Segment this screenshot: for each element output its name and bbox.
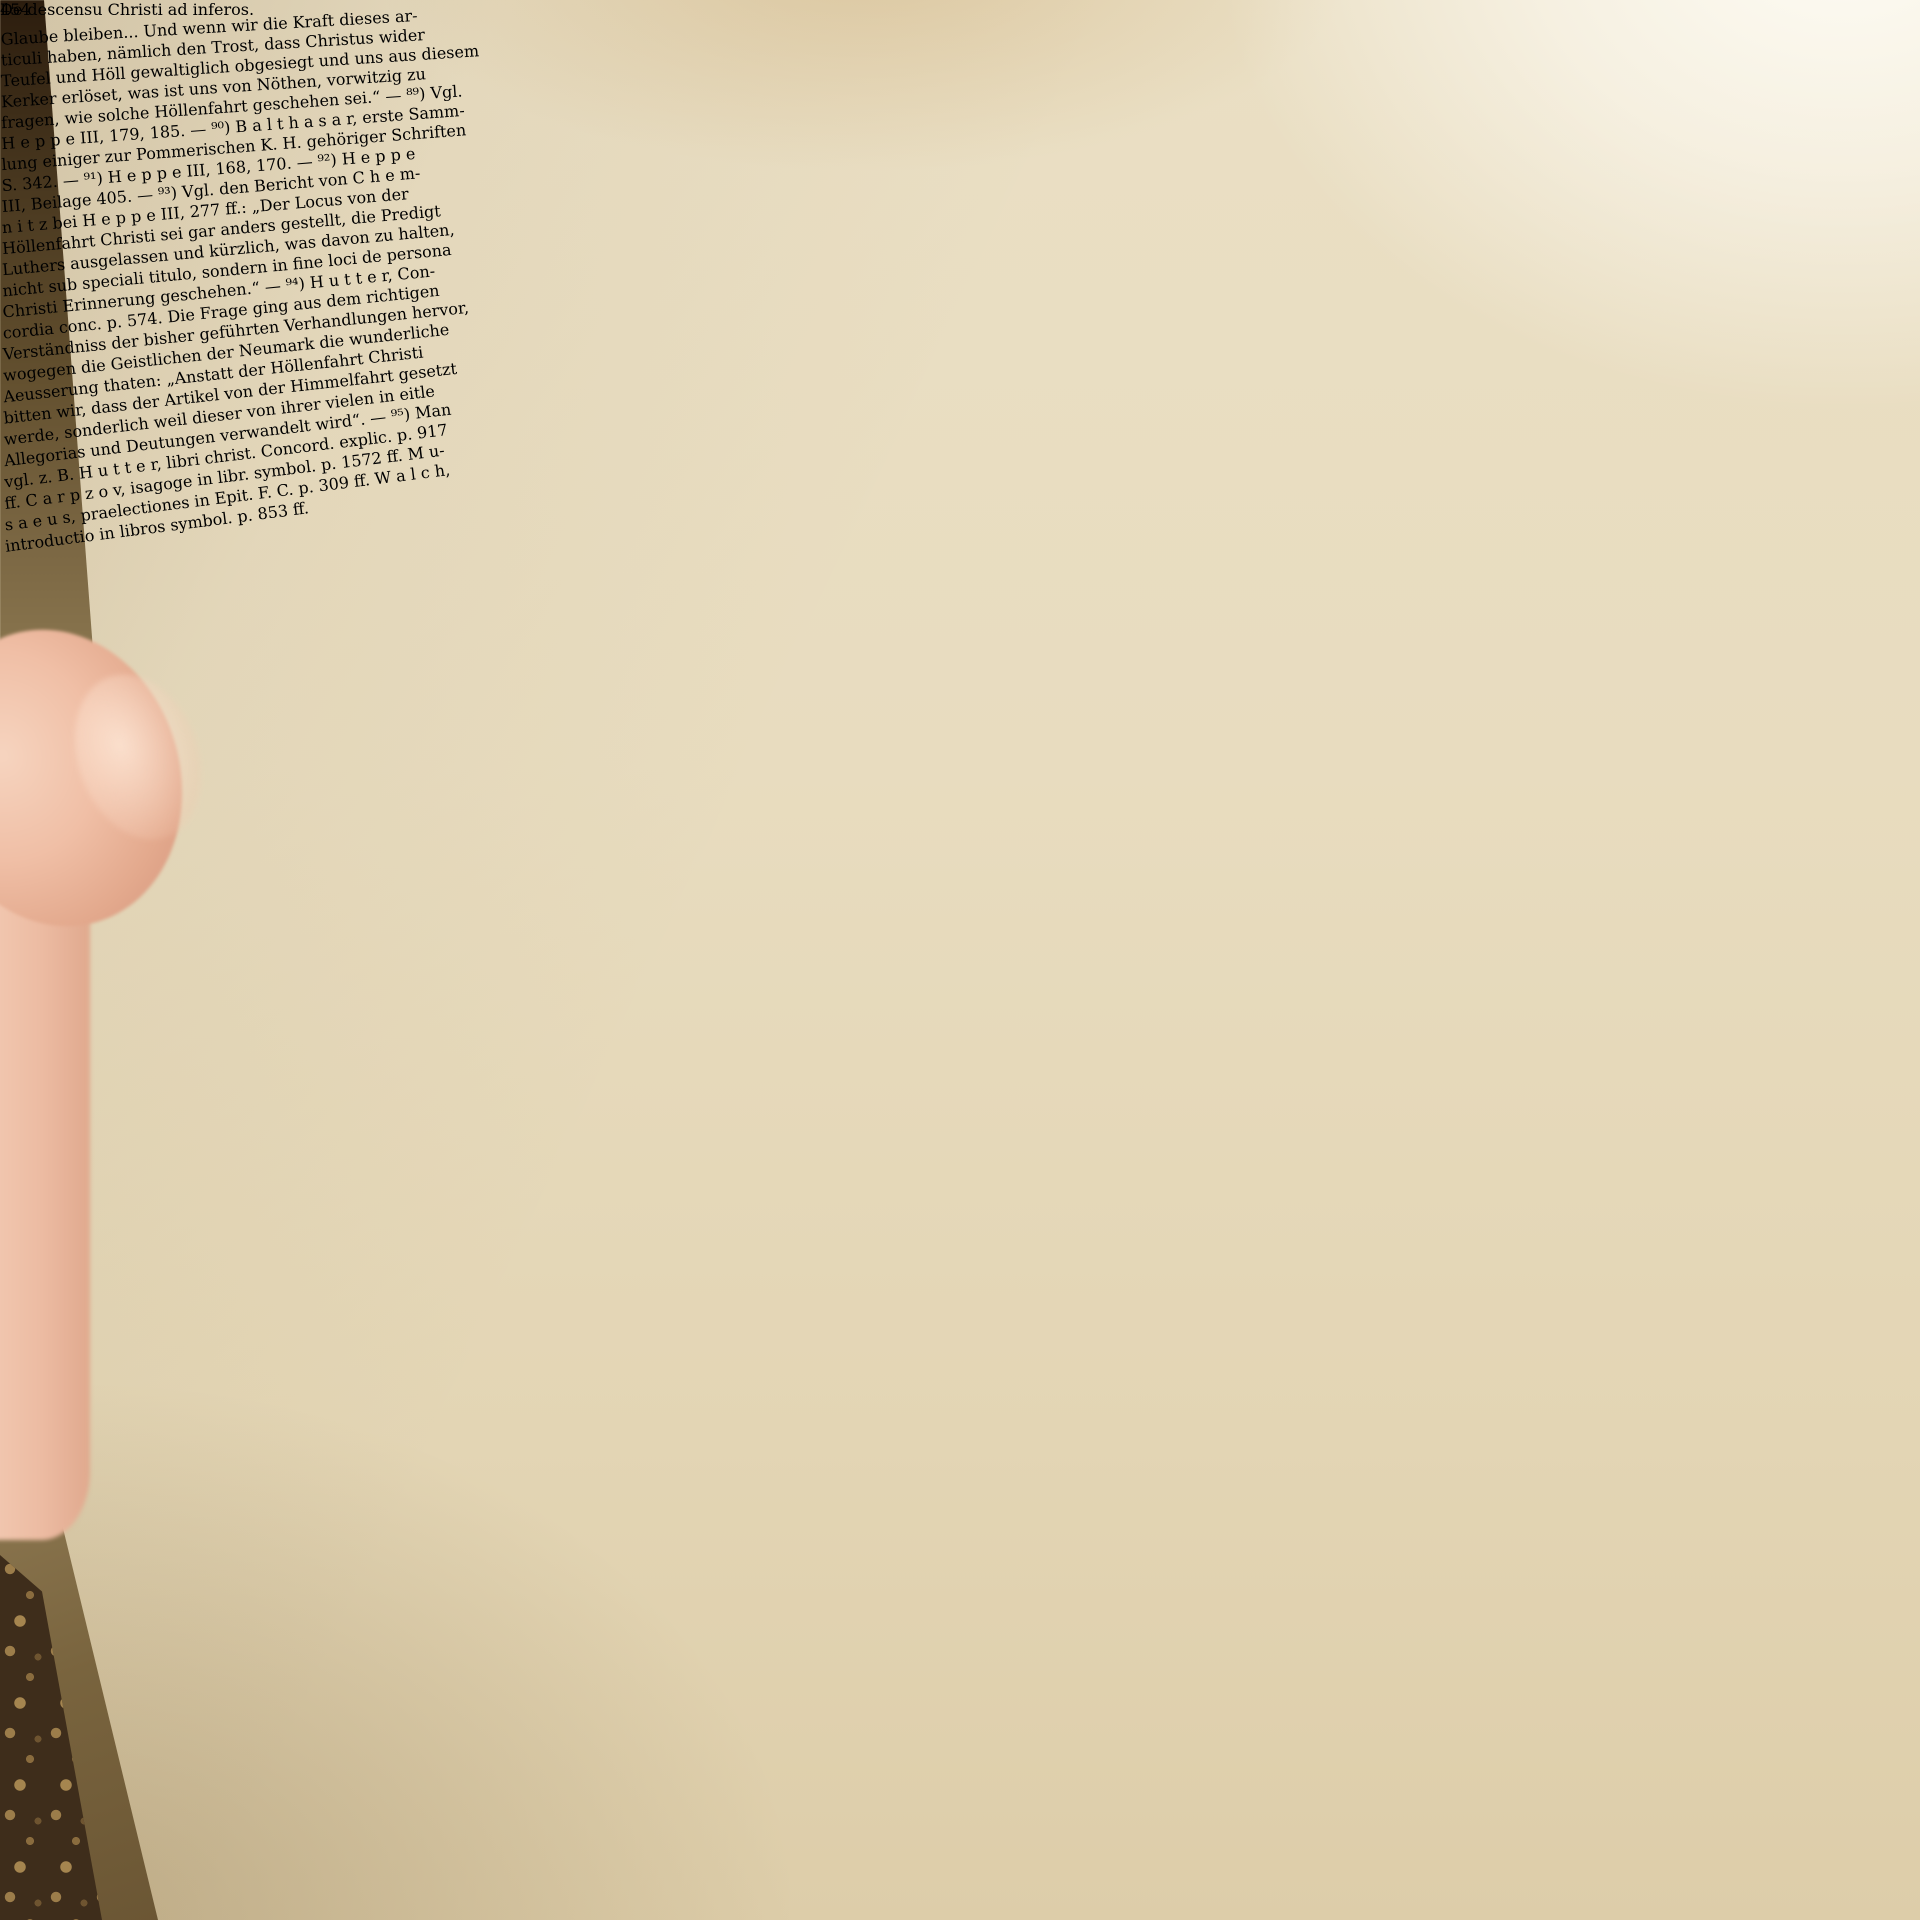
body-text-column: Glaube bleiben... Und wenn wir die Kraft… (0, 0, 1920, 475)
running-head: De descensu Christi ad inferos. (0, 0, 254, 19)
finger-tip-2 (0, 910, 187, 1277)
book-page-photo: 454 De descensu Christi ad inferos. Glau… (0, 0, 1920, 1920)
page-content: 454 De descensu Christi ad inferos. Glau… (0, 0, 1920, 475)
